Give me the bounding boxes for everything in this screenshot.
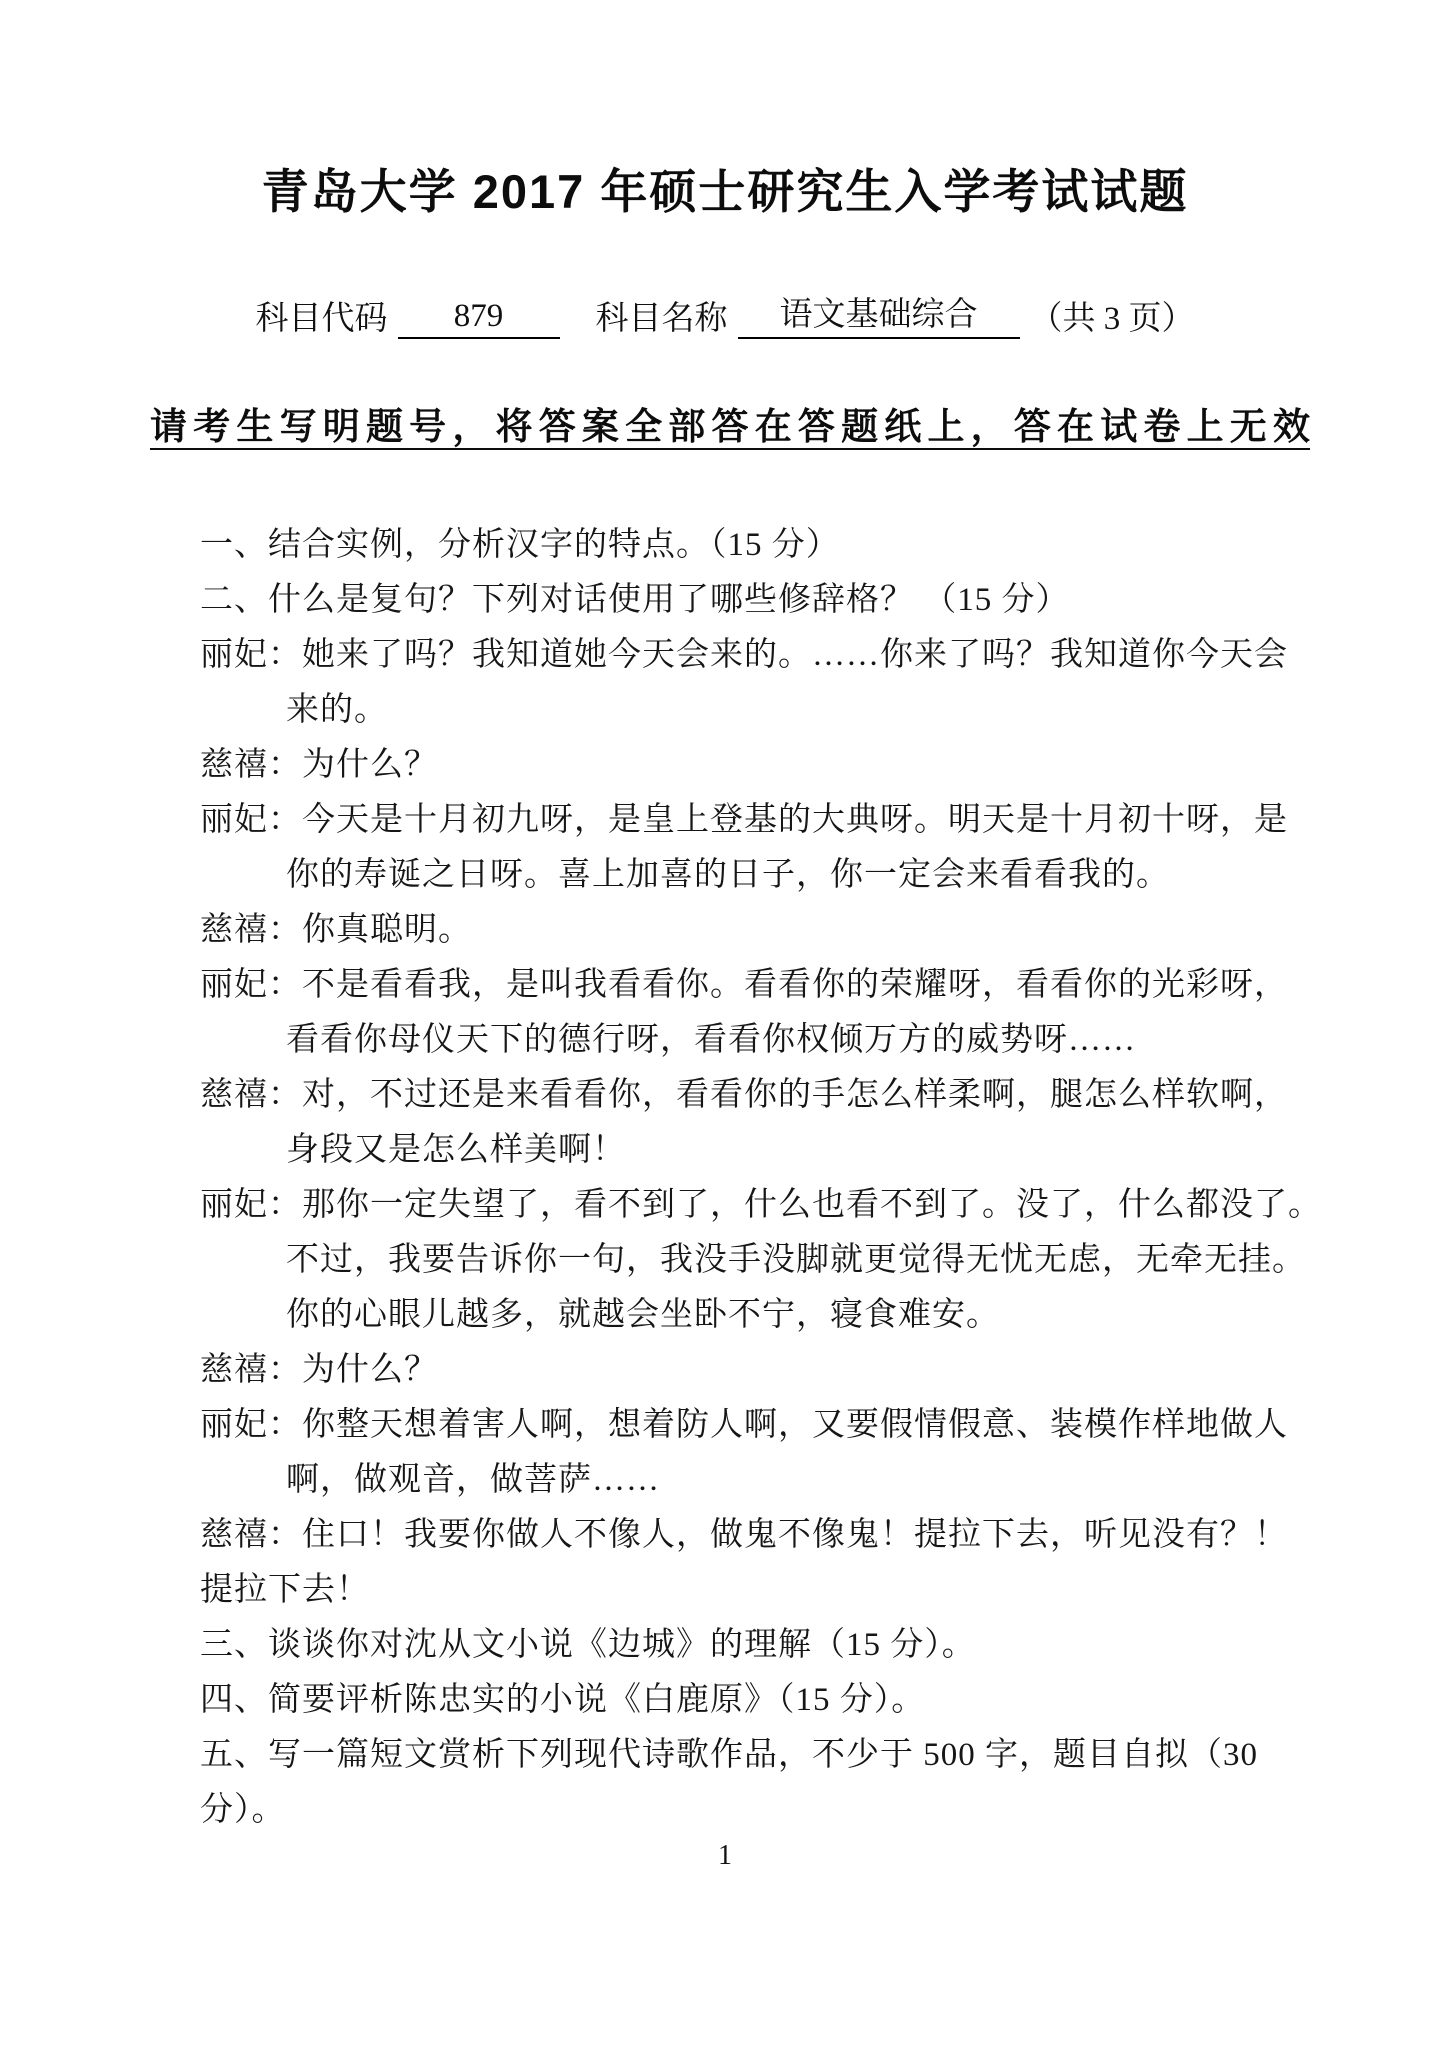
- answer-sheet-notice: 请考生写明题号，将答案全部答在答题纸上，答在试卷上无效: [150, 396, 1310, 450]
- subject-name-value: 语文基础综合: [738, 288, 1020, 339]
- body-line: 丽妃：今天是十月初九呀，是皇上登基的大典呀。明天是十月初十呀，是: [200, 793, 1275, 848]
- body-line: 慈禧：你真聪明。: [200, 903, 1275, 958]
- subject-name-label: 科目名称: [596, 292, 728, 339]
- body-line: 丽妃：那你一定失望了，看不到了，什么也看不到了。没了，什么都没了。: [200, 1178, 1275, 1233]
- body-line: 来的。: [200, 683, 1275, 738]
- body-line: 你的心眼儿越多，就越会坐卧不宁，寝食难安。: [200, 1288, 1275, 1343]
- subject-line: 科目代码879科目名称语文基础综合（共 3 页）: [0, 288, 1450, 339]
- body-line: 不过，我要告诉你一句，我没手没脚就更觉得无忧无虑，无牵无挂。: [200, 1233, 1275, 1288]
- body-line: 分）。: [200, 1783, 1275, 1838]
- body-line: 五、写一篇短文赏析下列现代诗歌作品，不少于 500 字，题目自拟（30: [200, 1728, 1275, 1783]
- body-line: 啊，做观音，做菩萨……: [200, 1453, 1275, 1508]
- body-line: 丽妃：不是看看我，是叫我看看你。看看你的荣耀呀，看看你的光彩呀，: [200, 958, 1275, 1013]
- exam-page: 青岛大学 2017 年硕士研究生入学考试试题 科目代码879科目名称语文基础综合…: [0, 0, 1450, 2048]
- body-line: 四、简要评析陈忠实的小说《白鹿原》（15 分）。: [200, 1673, 1275, 1728]
- body-line: 慈禧：为什么？: [200, 738, 1275, 793]
- exam-body: 一、结合实例，分析汉字的特点。（15 分）二、什么是复句？下列对话使用了哪些修辞…: [200, 518, 1275, 1838]
- subject-code-value: 879: [398, 298, 560, 339]
- body-line: 看看你母仪天下的德行呀，看看你权倾万方的威势呀……: [200, 1013, 1275, 1068]
- body-line: 你的寿诞之日呀。喜上加喜的日子，你一定会来看看我的。: [200, 848, 1275, 903]
- body-line: 丽妃：你整天想着害人啊，想着防人啊，又要假情假意、装模作样地做人: [200, 1398, 1275, 1453]
- page-number: 1: [0, 1840, 1450, 1872]
- page-title: 青岛大学 2017 年硕士研究生入学考试试题: [0, 155, 1450, 222]
- body-line: 一、结合实例，分析汉字的特点。（15 分）: [200, 518, 1275, 573]
- body-line: 慈禧：住口！我要你做人不像人，做鬼不像鬼！提拉下去，听见没有？！: [200, 1508, 1275, 1563]
- body-line: 身段又是怎么样美啊！: [200, 1123, 1275, 1178]
- subject-code-label: 科目代码: [256, 292, 388, 339]
- body-line: 提拉下去！: [200, 1563, 1275, 1618]
- body-line: 慈禧：对，不过还是来看看你，看看你的手怎么样柔啊，腿怎么样软啊，: [200, 1068, 1275, 1123]
- body-line: 二、什么是复句？下列对话使用了哪些修辞格？ （15 分）: [200, 573, 1275, 628]
- pages-note: （共 3 页）: [1030, 292, 1195, 339]
- body-line: 慈禧：为什么？: [200, 1343, 1275, 1398]
- body-line: 丽妃：她来了吗？我知道她今天会来的。……你来了吗？我知道你今天会: [200, 628, 1275, 683]
- body-line: 三、谈谈你对沈从文小说《边城》的理解（15 分）。: [200, 1618, 1275, 1673]
